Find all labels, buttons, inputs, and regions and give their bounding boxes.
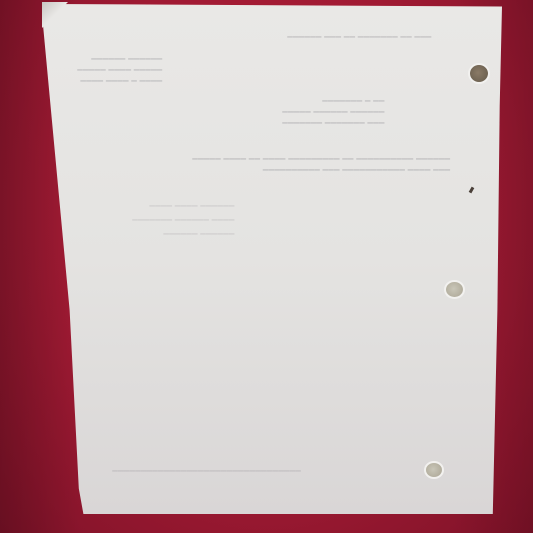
middle-binder-hole [444,280,465,299]
top-binder-hole [468,63,490,84]
bleed-through-footer-line: ━━━━━━━━━━━━━━━━━━━━━━━━━━━━━━━━━ [112,466,301,477]
paper-sheet: ━━━ ━━ ━━━━━━━ ━━ ━━━ ━━━━━━ ━━━━━━ ━━━━… [42,4,502,514]
bleed-through-header-block: ━━━ ━━ ━━━━━━━ ━━ ━━━ ━━━━━━ [287,32,431,43]
bottom-binder-hole [424,461,444,479]
bleed-through-list-block: ━━━━━━ ━━━━ ━━━━━━━━ ━━━━━━ ━━━━━━━━━━━━… [132,199,234,241]
bleed-through-signature-block: ━━ ━ ━━━━━━━━━━━━━ ━━━━━━ ━━━━━━━━ ━━━━━… [282,96,384,129]
bleed-through-distribution-block: ━━━━━━ ━━━━━━━━━━ ━━ ━━━━━━━━━ ━━━━ ━━ ━… [192,154,450,176]
bleed-through-address-block: ━━━━━━ ━━━━━━━━━━━ ━━━━ ━━━━━━━━━ ━ ━━━━… [77,54,162,87]
